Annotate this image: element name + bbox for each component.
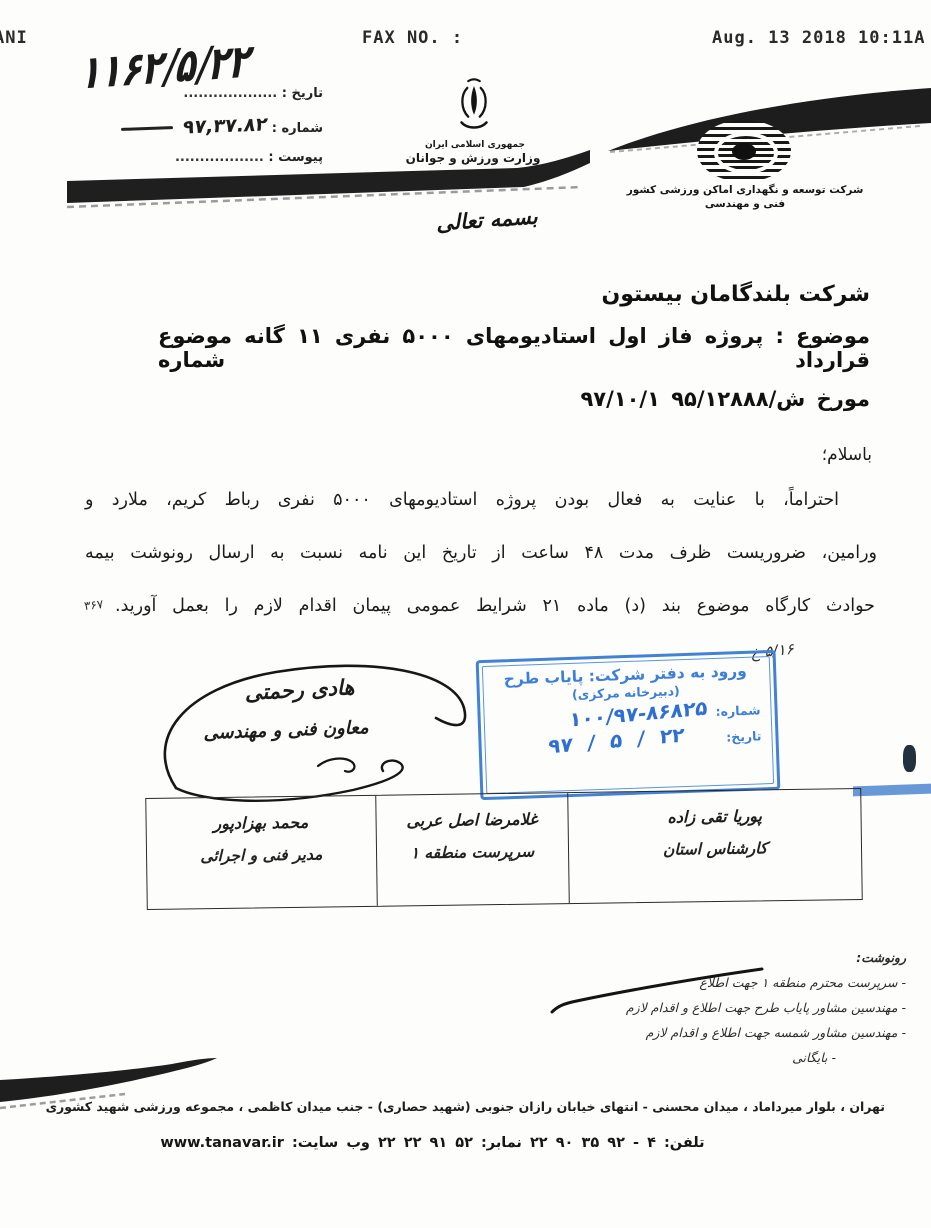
signatories-table: پوریا تقی زاده کارشناس استان غلامرضا اصل… xyxy=(145,788,862,910)
date-field-dots: ................... xyxy=(183,86,277,101)
fax-station-id: ANI xyxy=(0,28,28,48)
entry-stamp: ورود به دفتر شرکت: پایاب طرح (دبیرخانه م… xyxy=(476,650,781,800)
scan-smudge-blue xyxy=(853,784,931,797)
number-field-value: ۹۷,۳۷.۸۲ xyxy=(181,114,269,139)
body-line-2: ورامین، ضروریست ظرف مدت ۴۸ ساعت از تاریخ… xyxy=(85,543,877,563)
body-line-3: حوادث کارگاه موضوع بند (د) ماده ۲۱ شرایط… xyxy=(115,596,875,616)
company-logo-icon xyxy=(697,120,791,182)
recipient-line: شرکت بلندگامان بیستون xyxy=(158,282,870,307)
footer-address: تهران ، بلوار میرداماد ، میدان محسنی - ا… xyxy=(105,1099,885,1114)
subject-line-2: مورخ ش/۹۵/۱۲۸۸۸ ۹۷/۱۰/۱ xyxy=(158,387,870,411)
fax-datetime: Aug. 13 2018 10:11A xyxy=(712,28,925,48)
company-logo-core xyxy=(732,143,756,160)
date-field-label: تاریخ : xyxy=(282,86,323,101)
letterhead-band xyxy=(62,148,602,210)
cc-item-shamseh: - مهندسین مشاور شمسه جهت اطلاع و اقدام ل… xyxy=(540,1020,906,1045)
cell-title: مدیر فنی و اجرائی xyxy=(147,845,376,866)
scan-smudge-dark xyxy=(903,745,916,772)
entry-stamp-inner: ورود به دفتر شرکت: پایاب طرح (دبیرخانه م… xyxy=(482,656,774,794)
cell-title: کارشناس استان xyxy=(569,838,861,860)
date-field: تاریخ : ................... xyxy=(95,86,323,106)
iran-emblem-icon xyxy=(450,78,498,140)
margin-note: ۳۶۷ xyxy=(83,597,104,613)
cc-item-archive: - بایگانی xyxy=(540,1045,836,1070)
cc-checkmark xyxy=(548,958,773,1018)
fax-number-label: FAX NO. : xyxy=(362,28,463,48)
pen-stroke xyxy=(121,126,173,130)
body-line-1: احتراماً، با عنایت به فعال بودن پروژه اس… xyxy=(85,490,877,510)
company-subtitle: فنی و مهندسی xyxy=(595,198,895,210)
subject-line-1: موضوع : پروژه فاز اول استادیومهای ۵۰۰۰ ن… xyxy=(158,324,870,372)
cell-name: محمد بهزادپور xyxy=(147,812,376,834)
cell-title: سرپرست منطقه ۱ xyxy=(376,842,568,863)
table-cell-province-expert: پوریا تقی زاده کارشناس استان xyxy=(567,789,861,903)
stamp-number-label: شماره: xyxy=(715,702,760,719)
salutation: باسلام؛ xyxy=(700,445,872,465)
table-cell-technical-manager: محمد بهزادپور مدیر فنی و اجرائی xyxy=(146,796,376,909)
company-name: شرکت توسعه و نگهداری اماکن ورزشی کشور xyxy=(595,184,895,196)
cell-name: پوریا تقی زاده xyxy=(569,805,861,828)
number-field-label: شماره : xyxy=(272,121,323,136)
letter-heading: شرکت بلندگامان بیستون موضوع : پروژه فاز … xyxy=(158,282,870,411)
table-cell-region-supervisor: غلامرضا اصل عربی سرپرست منطقه ۱ xyxy=(375,793,569,906)
scanned-fax-letter: ANI FAX NO. : Aug. 13 2018 10:11A ۱۱۶۲/۵… xyxy=(0,0,931,1228)
cell-name: غلامرضا اصل عربی xyxy=(376,809,568,831)
number-field: شماره : ۹۷,۳۷.۸۲ xyxy=(95,115,323,141)
footer-contacts: تلفن: ۴ - ۹۲ ۳۵ ۹۰ ۲۲ نمابر: ۵۲ ۹۱ ۲۲ ۲۲… xyxy=(125,1135,740,1151)
stamp-date-label: تاریخ: xyxy=(726,728,762,744)
